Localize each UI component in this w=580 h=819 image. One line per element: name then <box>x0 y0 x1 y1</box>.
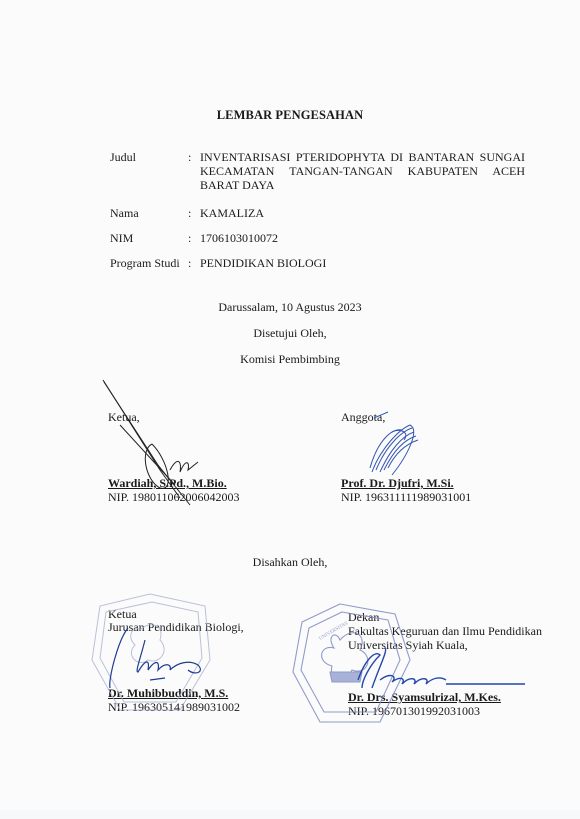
official-nip-head: NIP. 196305141989031002 <box>108 700 240 715</box>
field-label-program-studi: Program Studi <box>110 256 180 271</box>
approved-by-label: Disetujui Oleh, <box>0 326 580 341</box>
field-label-nim: NIM <box>110 231 133 246</box>
svg-text:UNIVERSITAS: UNIVERSITAS <box>319 621 350 642</box>
field-label-judul: Judul <box>110 150 136 165</box>
supervisor-nip-member: NIP. 196311111989031001 <box>341 490 471 505</box>
field-value-nim: 1706103010072 <box>200 231 278 246</box>
official-name-head: Dr. Muhibbuddin, M.S. <box>108 686 228 701</box>
ratified-by-label: Disahkan Oleh, <box>0 555 580 570</box>
supervisor-role-chair: Ketua, <box>108 410 140 425</box>
field-value-nama: KAMALIZA <box>200 206 264 221</box>
signature-head-icon <box>110 628 201 688</box>
official-role-dean: Dekan <box>348 610 379 625</box>
document-page: LEMBAR PENGESAHAN Judul : INVENTARISASI … <box>0 0 580 810</box>
supervisor-name-member: Prof. Dr. Djufri, M.Si. <box>341 476 454 491</box>
supervisor-name-chair: Wardiah, S.Pd., M.Bio. <box>108 476 227 491</box>
field-separator: : <box>188 256 191 271</box>
official-name-dean: Dr. Drs. Syamsulrizal, M.Kes. <box>348 690 501 705</box>
field-separator: : <box>188 231 191 246</box>
official-university: Universitas Syiah Kuala, <box>348 638 468 653</box>
official-department: Jurusan Pendidikan Biologi, <box>108 620 244 635</box>
supervisor-role-member: Anggota, <box>341 410 385 425</box>
signature-dean-icon <box>358 648 525 688</box>
field-value-judul: INVENTARISASI PTERIDOPHYTA DI BANTARAN S… <box>200 150 525 192</box>
field-separator: : <box>188 150 191 165</box>
field-label-nama: Nama <box>110 206 139 221</box>
field-separator: : <box>188 206 191 221</box>
place-date: Darussalam, 10 Agustus 2023 <box>0 300 580 315</box>
official-nip-dean: NIP. 196701301992031003 <box>348 704 480 719</box>
committee-label: Komisi Pembimbing <box>0 352 580 367</box>
official-faculty: Fakultas Keguruan dan Ilmu Pendidikan <box>348 624 542 639</box>
field-value-program-studi: PENDIDIKAN BIOLOGI <box>200 256 326 271</box>
supervisor-nip-chair: NIP. 198011062006042003 <box>108 490 240 505</box>
page-title: LEMBAR PENGESAHAN <box>0 108 580 123</box>
